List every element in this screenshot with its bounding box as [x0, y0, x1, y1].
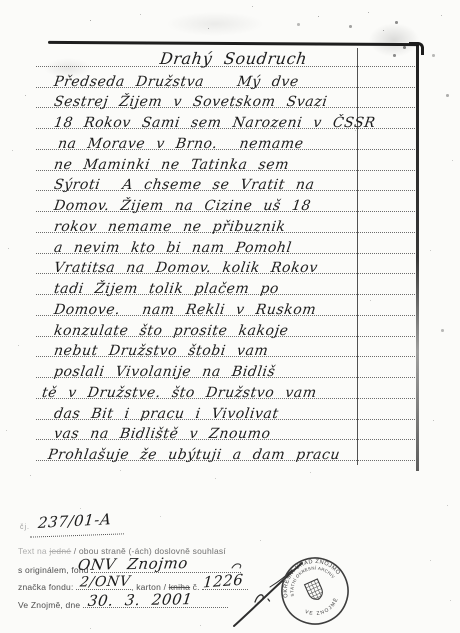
- fond-value: ONV Znojmo: [77, 554, 189, 574]
- znacka-label: značka fondu:: [18, 582, 76, 592]
- letter-line: Prohlašuje že ubýtuji a dam pracu: [36, 440, 415, 461]
- letter-line-text: Prohlašuje že ubýtuji a dam pracu: [47, 447, 341, 463]
- znacka-value: 2/ONV: [79, 574, 131, 591]
- scanned-letter-page: Drahý Soudruch Předseda Družstva Mý dve …: [0, 0, 460, 633]
- letter-line: nebut Družstvo štobi vam: [36, 337, 415, 358]
- stamp-text-bottom: VE ZNOJMĚ: [302, 593, 344, 623]
- letter-line: rokov nemame ne přibuznik: [36, 212, 415, 233]
- letter-line: Sýroti A chseme se Vratit na: [36, 171, 415, 192]
- letter-line: tadi Žijem tolik plačem po: [36, 274, 415, 295]
- letter-line: Sestrej Žijem v Sovetskom Svazi: [36, 88, 415, 109]
- letter-title: Drahý Soudruch: [159, 49, 309, 68]
- date-label: Ve Znojmě, dne: [18, 600, 83, 610]
- cert-statement-pre: Text na: [18, 546, 49, 556]
- ref-number: 237/01-A: [37, 510, 112, 532]
- letter-line: 18 Rokov Sami sem Narozeni v ČSSR: [36, 108, 415, 129]
- handwritten-letter: Drahý Soudruch Předseda Družstva Mý dve …: [36, 46, 415, 461]
- date-value: 30. 3. 2001: [87, 590, 194, 610]
- letter-line: ne Maminki ne Tatinka sem: [36, 150, 415, 171]
- paper-right-edge: [416, 45, 419, 471]
- ref-number-prefix: čj.: [20, 524, 30, 531]
- letter-line: na Morave v Brno. nemame: [36, 129, 415, 150]
- letter-line: konzulate što prosite kakoje: [36, 316, 415, 337]
- letter-line: Vratitsa na Domov. kolik Rokov: [36, 254, 415, 275]
- letter-line: tě v Družstve. što Družstvo vam: [36, 378, 415, 399]
- round-archive-stamp: OKRESNÍ ÚŘAD ZNOJMO STÁTNÍ OKRESNÍ ARCHI…: [279, 555, 351, 627]
- letter-line: Domov. Žijem na Cizine uš 18: [36, 191, 415, 212]
- letter-line: poslali Vivolanije na Bidliš: [36, 357, 415, 378]
- ref-underline: [30, 533, 124, 537]
- letter-line: das Bit i pracu i Vivolivat: [36, 399, 415, 420]
- letter-line: Domove. nam Rekli v Ruskom: [36, 295, 415, 316]
- letter-line: Drahý Soudruch: [36, 46, 415, 67]
- letter-line: vas na Bidliště v Znoumo: [36, 420, 415, 441]
- scan-noise: [0, 0, 1, 1]
- letter-line: a nevim kto bi nam Pomohl: [36, 233, 415, 254]
- letter-line: Předseda Družstva Mý dve: [36, 67, 415, 88]
- stamp-coat-of-arms: [305, 579, 326, 602]
- scan-smudge: [150, 8, 280, 40]
- cert-statement-struck: jedné: [49, 546, 71, 556]
